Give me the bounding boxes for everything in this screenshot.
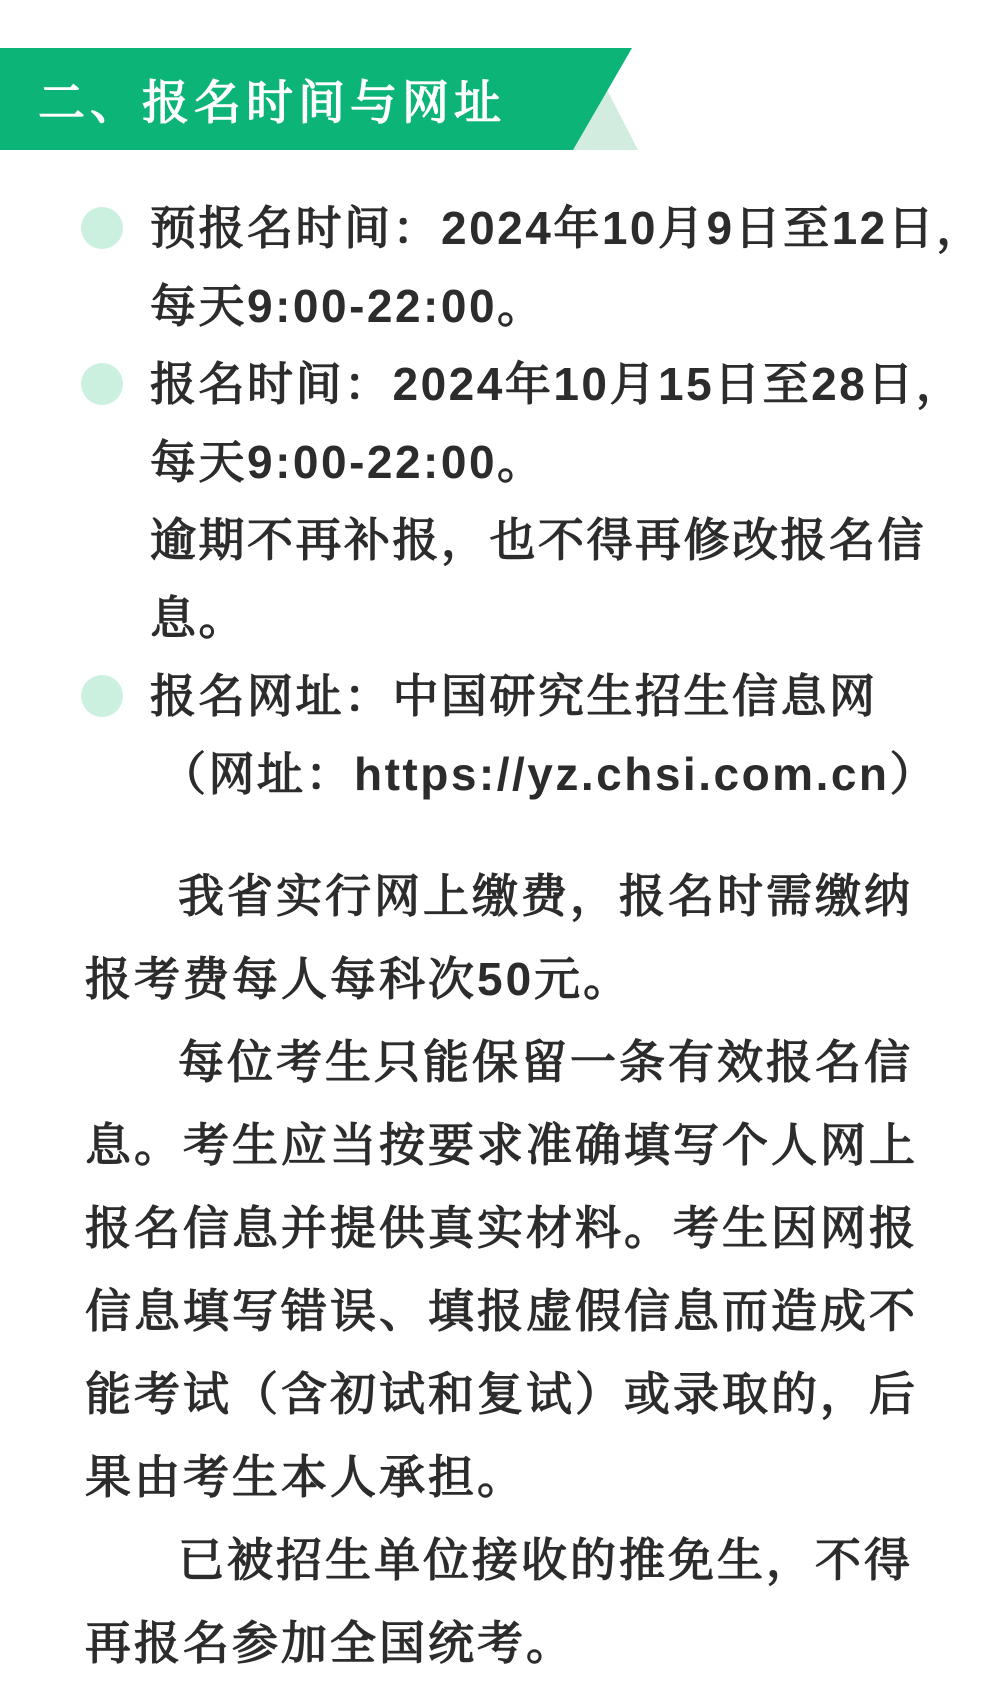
bullet-item: 报名时间：2024年10月15日至28日，每天9:00-22:00。逾期不再补报… xyxy=(150,345,950,657)
paragraph: 已被招生单位接收的推免生，不得再报名参加全国统考。 xyxy=(85,1519,965,1685)
bullet-list: 预报名时间：2024年10月9日至12日，每天9:00-22:00。报名时间：2… xyxy=(150,189,950,813)
section-title: 二、报名时间与网址 xyxy=(38,48,506,150)
bullet-item: 报名网址：中国研究生招生信息网（网址：https://yz.chsi.com.c… xyxy=(150,657,950,813)
bullet-dot-icon xyxy=(81,207,123,249)
bullet-line: 息。 xyxy=(150,579,950,657)
page: 二、报名时间与网址 预报名时间：2024年10月9日至12日，每天9:00-22… xyxy=(0,0,1000,1706)
bullet-line: 逾期不再补报，也不得再修改报名信 xyxy=(150,501,950,579)
website-url-line: （网址：https://yz.chsi.com.cn） xyxy=(150,735,950,813)
paragraph: 我省实行网上缴费，报名时需缴纳报考费每人每科次50元。 xyxy=(85,855,965,1021)
paragraph-line: 已被招生单位接收的推免生，不得 xyxy=(85,1519,965,1602)
paragraph-line: 信息填写错误、填报虚假信息而造成不 xyxy=(85,1270,965,1353)
paragraph-line: 息。考生应当按要求准确填写个人网上 xyxy=(85,1104,965,1187)
bullet-line: 报名网址：中国研究生招生信息网 xyxy=(150,657,950,735)
body-paragraphs: 我省实行网上缴费，报名时需缴纳报考费每人每科次50元。每位考生只能保留一条有效报… xyxy=(85,855,965,1685)
paragraph-line: 我省实行网上缴费，报名时需缴纳 xyxy=(85,855,965,938)
bullet-item: 预报名时间：2024年10月9日至12日，每天9:00-22:00。 xyxy=(150,189,950,345)
paragraph-line: 果由考生本人承担。 xyxy=(85,1436,965,1519)
paragraph: 每位考生只能保留一条有效报名信息。考生应当按要求准确填写个人网上报名信息并提供真… xyxy=(85,1021,965,1519)
bullet-dot-icon xyxy=(81,675,123,717)
bullet-line: 每天9:00-22:00。 xyxy=(150,267,950,345)
bullet-line: 报名时间：2024年10月15日至28日， xyxy=(150,345,950,423)
bullet-line: 每天9:00-22:00。 xyxy=(150,423,950,501)
paragraph-line: 报名信息并提供真实材料。考生因网报 xyxy=(85,1187,965,1270)
paragraph-line: 能考试（含初试和复试）或录取的，后 xyxy=(85,1353,965,1436)
paragraph-line: 每位考生只能保留一条有效报名信 xyxy=(85,1021,965,1104)
paragraph-line: 再报名参加全国统考。 xyxy=(85,1602,965,1685)
bullet-dot-icon xyxy=(81,363,123,405)
paragraph-line: 报考费每人每科次50元。 xyxy=(85,938,965,1021)
bullet-line: 预报名时间：2024年10月9日至12日， xyxy=(150,189,950,267)
